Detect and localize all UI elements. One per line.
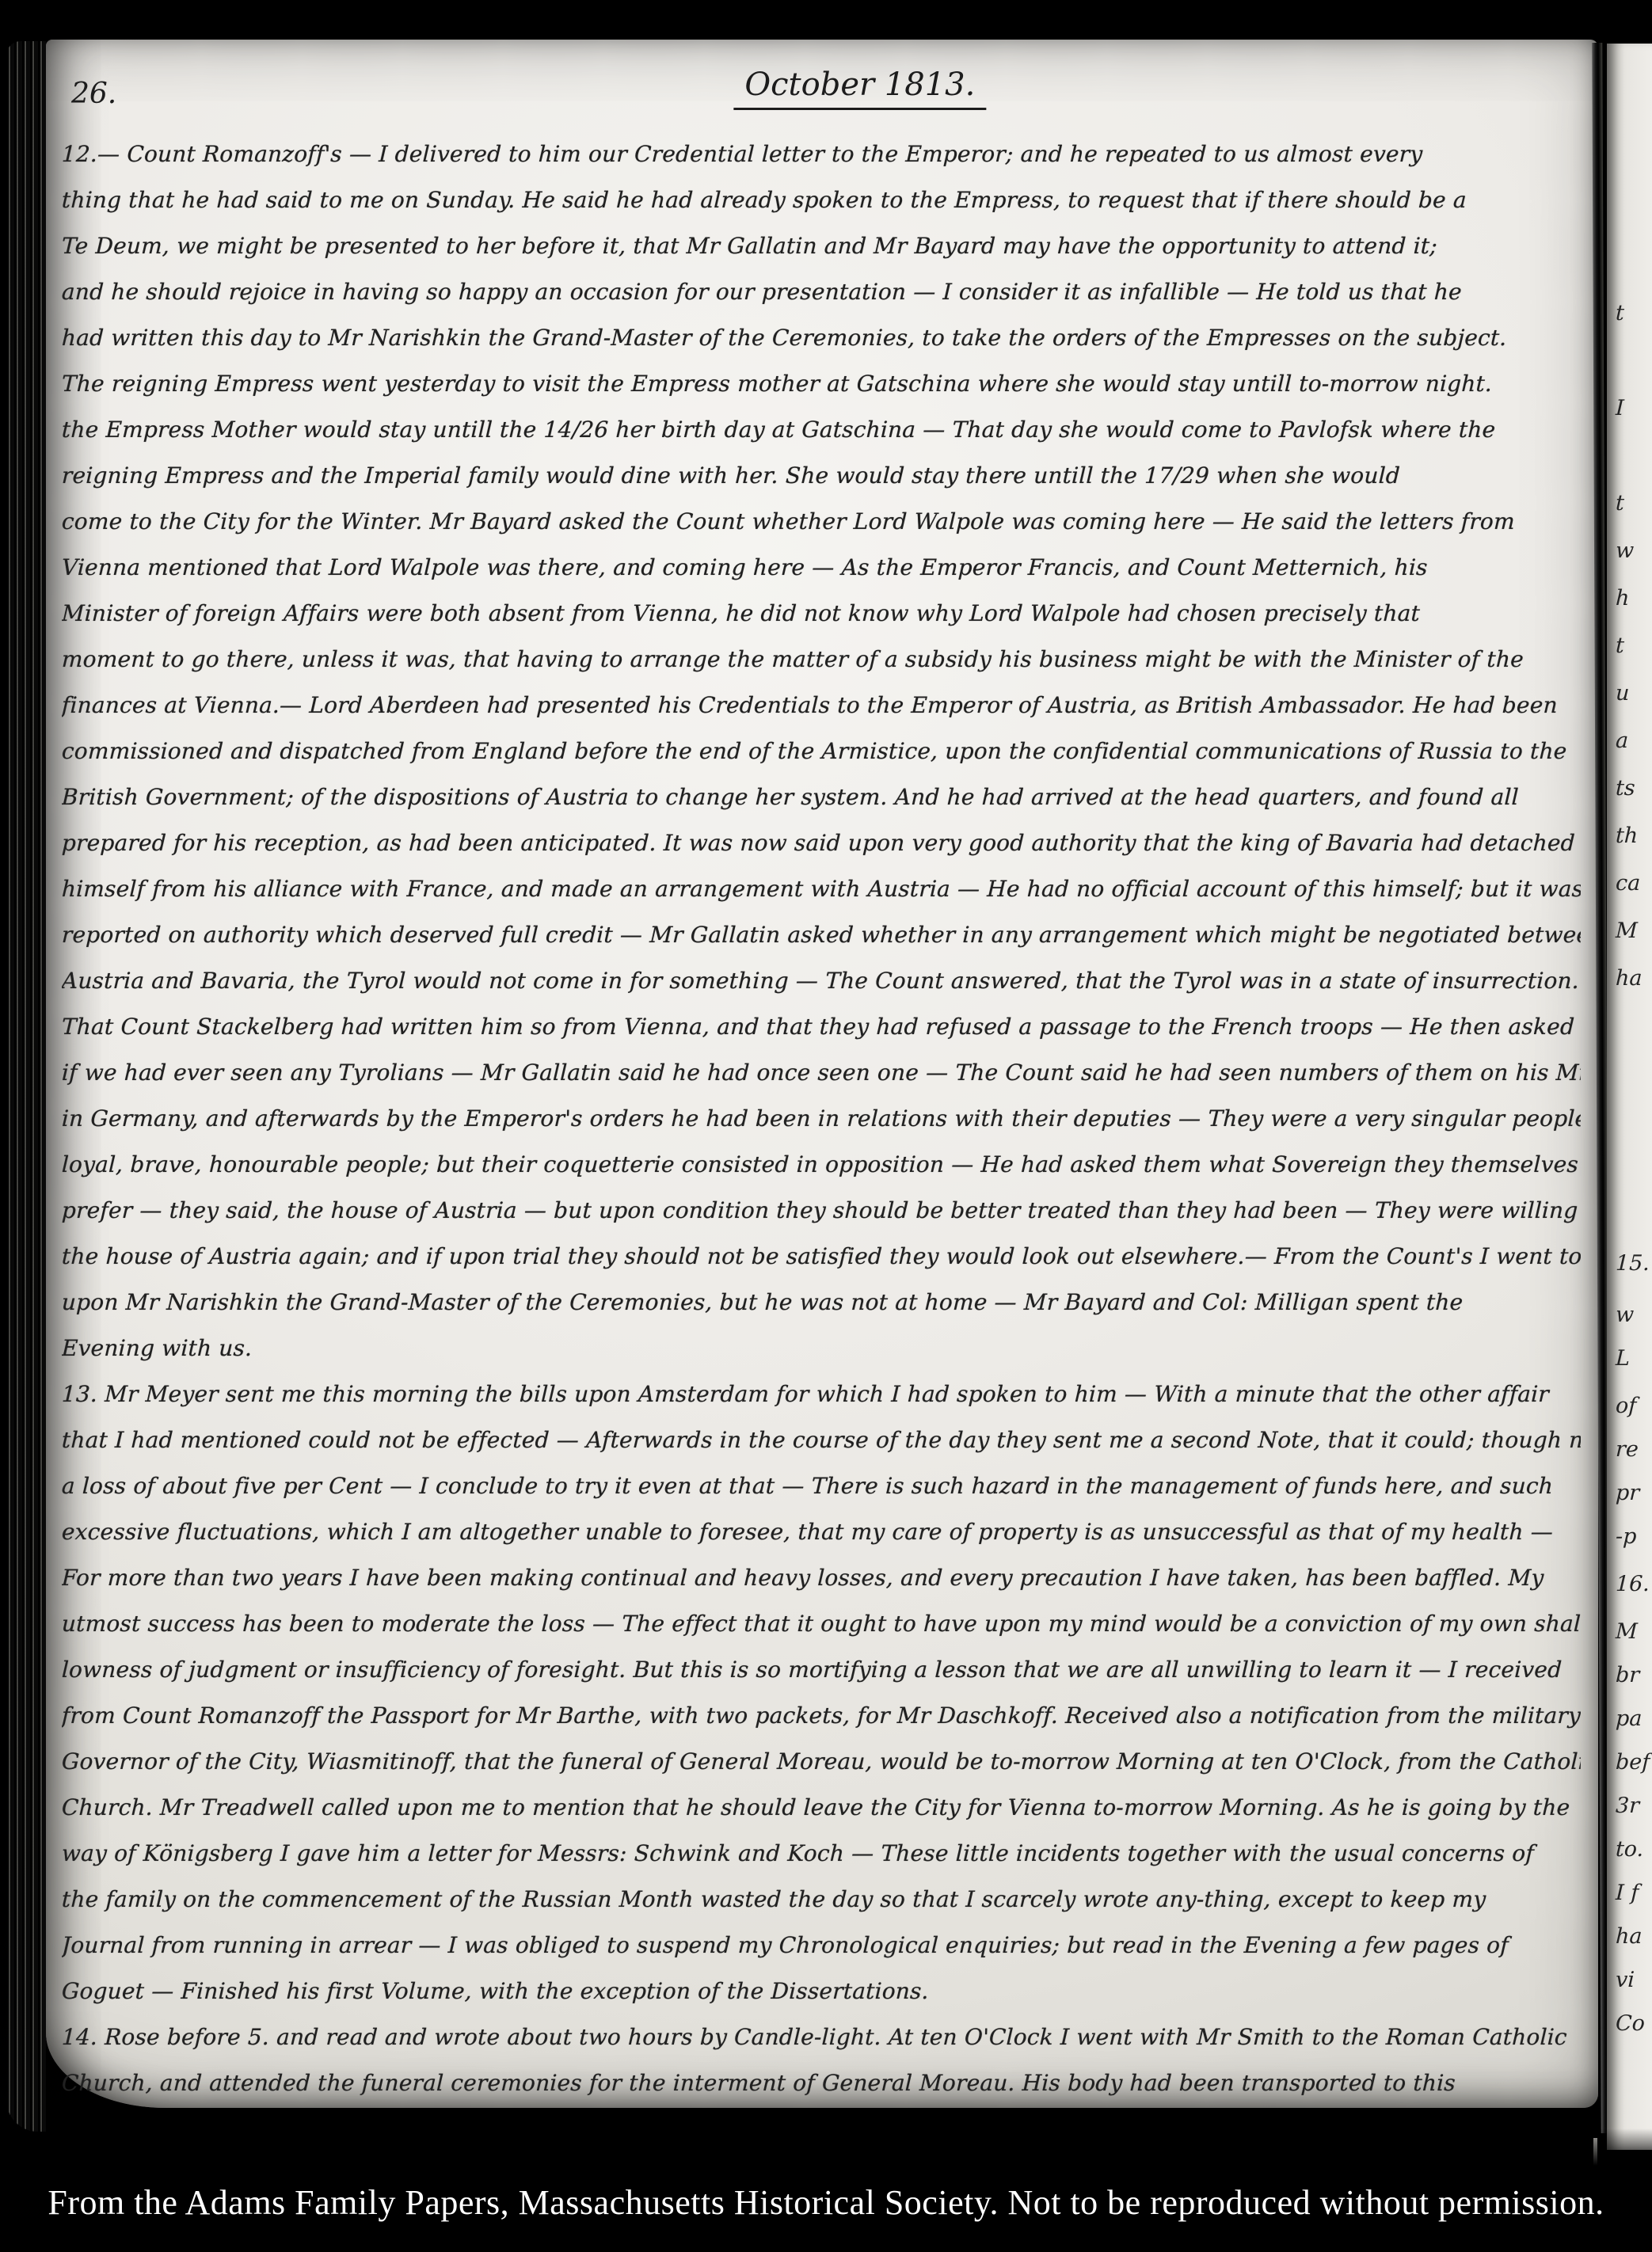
facing-page-text-fragment: I f	[1615, 1881, 1639, 1905]
facing-page-text-fragment: pr	[1615, 1481, 1639, 1505]
manuscript-line: Austria and Bavaria, the Tyrol would not…	[62, 957, 1581, 1003]
facing-page-text-fragment: a	[1615, 728, 1628, 753]
page-number: 26.	[71, 78, 116, 110]
facing-page-text-fragment: 15.	[1615, 1251, 1650, 1276]
manuscript-line: upon Mr Narishkin the Grand-Master of th…	[62, 1279, 1581, 1325]
manuscript-line: Goguet — Finished his first Volume, with…	[62, 1968, 1581, 2014]
facing-page-text-fragment: ts	[1615, 776, 1635, 801]
facing-page-text-fragment: th	[1615, 824, 1638, 848]
manuscript-line: from Count Romanzoff the Passport for Mr…	[62, 1692, 1581, 1738]
facing-page-text-fragment: M	[1615, 1619, 1638, 1644]
manuscript-line: For more than two years I have been maki…	[62, 1554, 1581, 1600]
manuscript-line: The reigning Empress went yesterday to v…	[62, 360, 1581, 406]
facing-page-text-fragment: w	[1615, 538, 1634, 563]
manuscript-line: British Government; of the dispositions …	[62, 774, 1581, 820]
facing-page-text-fragment: pa	[1615, 1706, 1642, 1731]
facing-page-text-fragment: re	[1615, 1437, 1639, 1462]
facing-page-text-fragment: 3r	[1615, 1794, 1639, 1818]
facing-page-text-fragment: w	[1615, 1303, 1634, 1327]
manuscript-line: commissioned and dispatched from England…	[62, 728, 1581, 774]
manuscript-line: Te Deum, we might be presented to her be…	[62, 223, 1581, 268]
manuscript-line: if we had ever seen any Tyrolians — Mr G…	[62, 1049, 1581, 1095]
manuscript-line: loyal, brave, honourable people; but the…	[62, 1141, 1581, 1187]
manuscript-line: Vienna mentioned that Lord Walpole was t…	[62, 544, 1581, 590]
facing-page-text-fragment: t	[1615, 633, 1624, 658]
manuscript-line: himself from his alliance with France, a…	[62, 865, 1581, 911]
manuscript-line: Minister of foreign Affairs were both ab…	[62, 590, 1581, 636]
manuscript-line: the house of Austria again; and if upon …	[62, 1233, 1581, 1279]
facing-page-text-fragment: t	[1615, 491, 1624, 515]
manuscript-line: Church, and attended the funeral ceremon…	[62, 2060, 1581, 2106]
facing-page-text-fragment: u	[1615, 681, 1629, 706]
manuscript-line: thing that he had said to me on Sunday. …	[62, 177, 1581, 223]
manuscript-line: the family on the commencement of the Ru…	[62, 1876, 1581, 1922]
manuscript-line: 14. Rose before 5. and read and wrote ab…	[62, 2014, 1581, 2060]
facing-page-text-fragment: to.	[1615, 1837, 1643, 1862]
facing-page-text-fragment: M	[1615, 919, 1638, 943]
facing-page-fragments: tItwhtuatsthcaMha15.wLofrepr-p16.Mbrpabe…	[1609, 0, 1652, 2185]
facing-page-text-fragment: ha	[1615, 1924, 1642, 1949]
manuscript-line: finances at Vienna.— Lord Aberdeen had p…	[62, 682, 1581, 728]
facing-page-text-fragment: ca	[1615, 871, 1640, 896]
manuscript-page: 26. October 1813. 12.— Count Romanzoff's…	[46, 40, 1598, 2108]
facing-page-text-fragment: ha	[1615, 966, 1642, 991]
manuscript-line: Church. Mr Treadwell called upon me to m…	[62, 1784, 1581, 1830]
manuscript-line: prefer — they said, the house of Austria…	[62, 1187, 1581, 1233]
facing-page-text-fragment: I	[1615, 396, 1624, 420]
manuscript-line: Journal from running in arrear — I was o…	[62, 1922, 1581, 1968]
manuscript-line: excessive fluctuations, which I am altog…	[62, 1508, 1581, 1554]
manuscript-line: a loss of about five per Cent — I conclu…	[62, 1463, 1581, 1508]
manuscript-text: 12.— Count Romanzoff's — I delivered to …	[62, 131, 1581, 2106]
manuscript-line: Evening with us.	[62, 1325, 1581, 1371]
facing-page-text-fragment: br	[1615, 1663, 1639, 1687]
facing-page-text-fragment: L	[1615, 1346, 1630, 1371]
facing-page-text-fragment: bef	[1615, 1750, 1650, 1775]
page-title: October 1813.	[733, 67, 986, 110]
facing-page-text-fragment: vi	[1615, 1968, 1635, 1992]
facing-page-text-fragment: 16.	[1615, 1572, 1650, 1596]
manuscript-line: moment to go there, unless it was, that …	[62, 636, 1581, 682]
manuscript-line: utmost success has been to moderate the …	[62, 1600, 1581, 1646]
facing-page-text-fragment: Co	[1615, 2011, 1645, 2036]
manuscript-line: reigning Empress and the Imperial family…	[62, 452, 1581, 498]
manuscript-line: prepared for his reception, as had been …	[62, 820, 1581, 865]
facing-page-text-fragment: t	[1615, 301, 1624, 325]
facing-page-text-fragment: h	[1615, 586, 1629, 611]
manuscript-line: had written this day to Mr Narishkin the…	[62, 314, 1581, 360]
facing-page-text-fragment: -p	[1615, 1524, 1637, 1549]
credit-text: From the Adams Family Papers, Massachuse…	[0, 2182, 1652, 2223]
manuscript-line: 12.— Count Romanzoff's — I delivered to …	[62, 131, 1581, 177]
manuscript-line: That Count Stackelberg had written him s…	[62, 1003, 1581, 1049]
manuscript-line: Governor of the City, Wiasmitinoff, that…	[62, 1738, 1581, 1784]
manuscript-line: way of Königsberg I gave him a letter fo…	[62, 1830, 1581, 1876]
facing-page-text-fragment: of	[1615, 1394, 1636, 1418]
manuscript-line: in Germany, and afterwards by the Empero…	[62, 1095, 1581, 1141]
book-spine-edge	[6, 41, 46, 2132]
manuscript-line: and he should rejoice in having so happy…	[62, 268, 1581, 314]
manuscript-line: come to the City for the Winter. Mr Baya…	[62, 498, 1581, 544]
manuscript-line: reported on authority which deserved ful…	[62, 911, 1581, 957]
manuscript-line: the Empress Mother would stay untill the…	[62, 406, 1581, 452]
manuscript-line: 13. Mr Meyer sent me this morning the bi…	[62, 1371, 1581, 1417]
manuscript-line: lowness of judgment or insufficiency of …	[62, 1646, 1581, 1692]
manuscript-line: that I had mentioned could not be effect…	[62, 1417, 1581, 1463]
